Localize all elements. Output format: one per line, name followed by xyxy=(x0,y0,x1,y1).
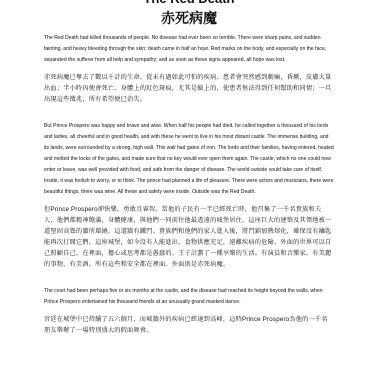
title-chinese: 赤死病魔 xyxy=(44,9,334,27)
paragraph-en-3: The court had been perhaps five or six m… xyxy=(44,286,334,308)
paragraph-en-2: But Prince Prospero was happy and brave … xyxy=(44,121,334,198)
title-english: The Red Death xyxy=(44,0,334,6)
paragraph-en-1: The Red Death had killed thousands of pe… xyxy=(44,33,334,66)
paragraph-gap xyxy=(44,105,334,121)
paragraph-zh-2: 但Prince Prospero卻快樂，勇敢且睿智。當他的子民有一半已經死亡時，… xyxy=(44,204,334,270)
paragraph-zh-1: 赤死病魔已奪去了數以千計的生命。從未有過如此可怕的疾病。患者會突然感到劇痛，昏厥… xyxy=(44,72,334,105)
paragraph-gap xyxy=(44,270,334,286)
paragraph-zh-3: 宮廷在城堡中已持續了五六個月，而城牆外的疾病已經達到高峰，這時Prince Pr… xyxy=(44,314,334,336)
document-page: The Red Death 赤死病魔 The Red Death had kil… xyxy=(44,0,334,336)
